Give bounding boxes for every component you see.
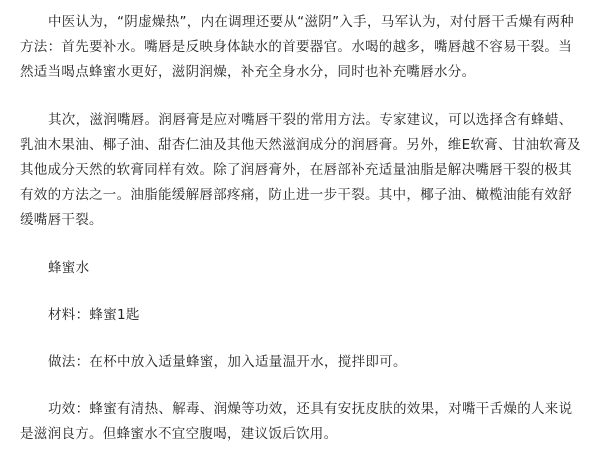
article-body: 中医认为，“阴虚燥热”，内在调理还要从“滋阴”入手，马军认为，对付唇干舌燥有两种…	[0, 0, 585, 447]
recipe-ingredients: 材料：蜂蜜1匙	[20, 303, 585, 328]
recipe-title: 蜂蜜水	[20, 256, 585, 281]
paragraph-moisturize-lips: 其次，滋润嘴唇。润唇膏是应对嘴唇干裂的常用方法。专家建议，可以选择含有蜂蜡、乳油…	[20, 108, 585, 233]
recipe-benefits: 功效：蜂蜜有清热、解毒、润燥等功效，还具有安抚皮肤的效果，对嘴干舌燥的人来说是滋…	[20, 397, 585, 447]
paragraph-tcm-view: 中医认为，“阴虚燥热”，内在调理还要从“滋阴”入手，马军认为，对付唇干舌燥有两种…	[20, 10, 585, 85]
recipe-method: 做法：在杯中放入适量蜂蜜，加入适量温开水，搅拌即可。	[20, 350, 585, 375]
